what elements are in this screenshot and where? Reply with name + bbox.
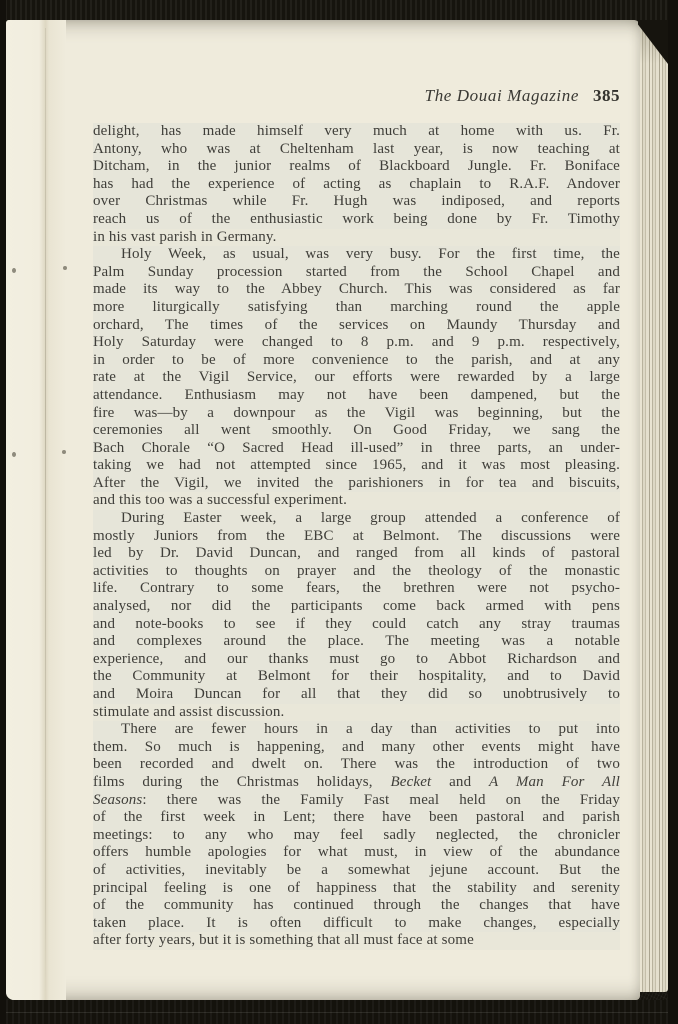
text-line: films during the Christmas holidays, Bec… [93,774,620,792]
page-number: 385 [593,86,620,106]
text-line: over Christmas while Fr. Hugh was indipo… [93,193,620,211]
text-line: analysed, nor did the participants come … [93,598,620,616]
text-line: ceremonies all went smoothly. On Good Fr… [93,422,620,440]
text-line: and complexes around the place. The meet… [93,633,620,651]
text-line: taken place. It is often difficult to ma… [93,915,620,933]
text-line: made its way to the Abbey Church. This w… [93,281,620,299]
text-line: in order to be of more convenience to th… [93,352,620,370]
text-line: stimulate and assist discussion. [93,704,620,722]
text-line: reach us of the enthusiastic work being … [93,211,620,229]
text-line: the Community at Belmont for their hospi… [93,668,620,686]
text-line: offers humble apologies for what must, i… [93,844,620,862]
text-line: experience, and our thanks must go to Ab… [93,651,620,669]
text-line: of the community has continued through t… [93,897,620,915]
text-line: taking we had not attempted since 1965, … [93,457,620,475]
text-line: activities to thoughts on prayer and the… [93,563,620,581]
text-line: and note-books to see if they could catc… [93,616,620,634]
text-line: more liturgically satisfying than marchi… [93,299,620,317]
text-line: has had the experience of acting as chap… [93,176,620,194]
paragraph: Holy Week, as usual, was very busy. For … [93,246,620,510]
paragraph: delight, has made himself very much at h… [93,123,620,246]
page-gutter [6,20,66,1000]
text-line: after forty years, but it is something t… [93,932,620,950]
text-line: life. Contrary to some fears, the brethr… [93,580,620,598]
book-cover-edge-bottom [0,1000,678,1024]
text-line: principal feeling is one of happiness th… [93,880,620,898]
book-scan: The Douai Magazine 385 delight, has made… [0,0,678,1024]
gutter-crease [45,28,46,994]
book-cover-edge-left [0,0,6,1024]
text-line: mostly Juniors from the EBC at Belmont. … [93,528,620,546]
text-line: and Moira Duncan for all that they did s… [93,686,620,704]
page-stack-fore-edge [640,24,668,992]
binding-stitch-dot [63,266,67,270]
running-header: The Douai Magazine 385 [93,86,620,106]
text-line: of the first week in Lent; there have be… [93,809,620,827]
page-content: The Douai Magazine 385 delight, has made… [93,20,620,950]
text-line: and this too was a successful experiment… [93,492,620,510]
text-line: led by Dr. David Duncan, and ranged from… [93,545,620,563]
paragraph: There are fewer hours in a day than acti… [93,721,620,950]
binding-stitch-dot [12,452,16,457]
text-line: Bach Chorale “O Sacred Head ill-used” in… [93,440,620,458]
text-line: fire was—by a downpour as the Vigil was … [93,405,620,423]
book-cover-edge-right [668,0,678,1024]
text-line: During Easter week, a large group attend… [93,510,620,528]
text-line: There are fewer hours in a day than acti… [93,721,620,739]
binding-stitch-dot [62,450,66,454]
text-line: Ditcham, in the junior realms of Blackbo… [93,158,620,176]
page: The Douai Magazine 385 delight, has made… [6,20,640,1000]
book-cover-edge-top [0,0,678,20]
text-line: orchard, The times of the services on Ma… [93,317,620,335]
text-line: Seasons: there was the Family Fast meal … [93,792,620,810]
text-block: delight, has made himself very much at h… [93,123,620,950]
text-line: meetings: to any who may feel sadly negl… [93,827,620,845]
text-line: been recorded and dwelt on. There was th… [93,756,620,774]
text-line: After the Vigil, we invited the parishio… [93,475,620,493]
text-line: Holy Saturday were changed to 8 p.m. and… [93,334,620,352]
text-line: Holy Week, as usual, was very busy. For … [93,246,620,264]
text-line: in his vast parish in Germany. [93,229,620,247]
text-line: delight, has made himself very much at h… [93,123,620,141]
text-line: rate at the Vigil Service, our efforts w… [93,369,620,387]
text-line: Palm Sunday procession started from the … [93,264,620,282]
text-line: Antony, who was at Cheltenham last year,… [93,141,620,159]
binding-stitch-dot [12,268,16,273]
magazine-title: The Douai Magazine [425,86,579,106]
text-line: them. So much is happening, and many oth… [93,739,620,757]
paragraph: During Easter week, a large group attend… [93,510,620,721]
text-line: of activities, inevitably be a somewhat … [93,862,620,880]
text-line: attendance. Enthusiasm may not have been… [93,387,620,405]
